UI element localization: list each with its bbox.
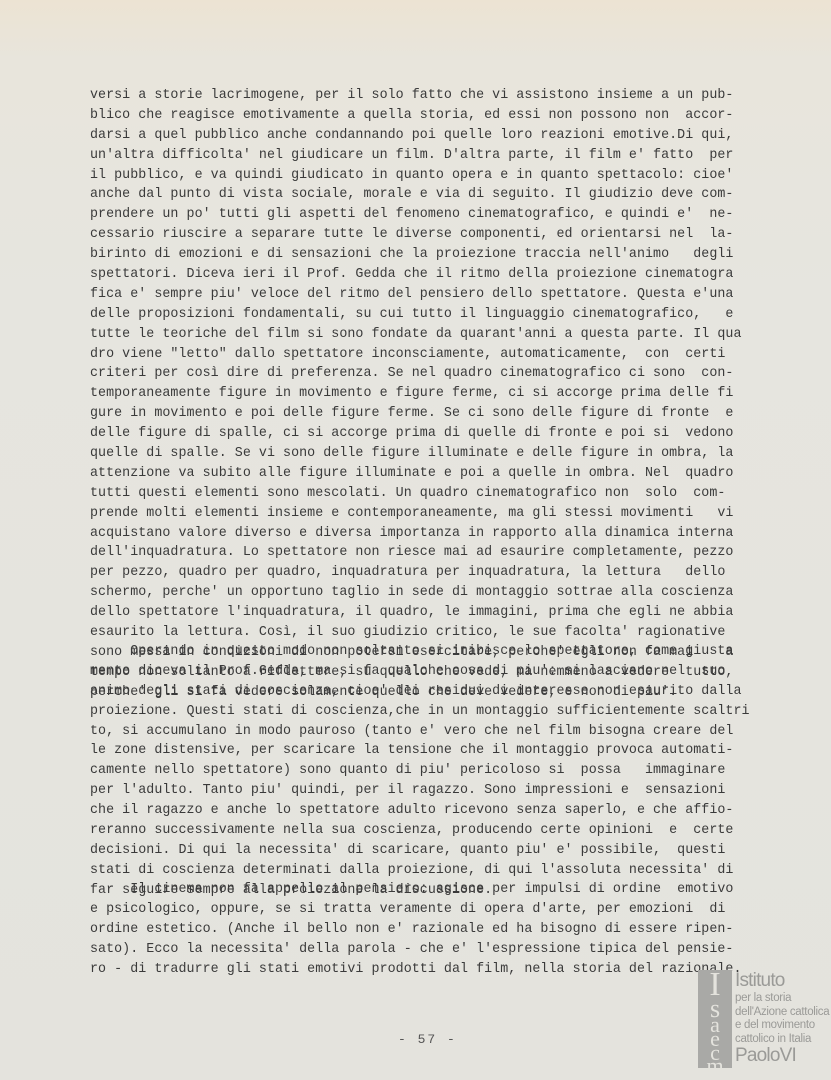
text-line: blico che reagisce emotivamente a quella… (90, 106, 776, 126)
text-line: spettatori. Diceva ieri il Prof. Gedda c… (90, 265, 776, 285)
text-line: reranno successivamente nella sua coscie… (90, 821, 776, 841)
paragraph-1: versi a storie lacrimogene, per il solo … (90, 86, 776, 703)
text-line: il pubblico, e va quindi giudicato in qu… (90, 166, 776, 186)
logo-line: e del movimento (735, 1019, 829, 1033)
text-line: dell'inquadratura. Lo spettatore non rie… (90, 543, 776, 563)
logo-name: PaoloVI (735, 1046, 829, 1066)
text-line: sato). Ecco la necessita' della parola -… (90, 940, 776, 960)
logo-text: Istituto per la storia dell'Azione catto… (735, 970, 829, 1066)
text-line: prendere un po' tutti gli aspetti del fe… (90, 205, 776, 225)
logo-line: cattolico in Italia (735, 1033, 829, 1047)
text-line: decisioni. Di qui la necessita' di scari… (90, 841, 776, 861)
text-line: e psicologico, oppure, se si tratta vera… (90, 900, 776, 920)
text-line: Operando in questo modo non soltanto si … (90, 642, 776, 662)
text-line: cessario riuscire a separare tutte le di… (90, 225, 776, 245)
logo-letter: m (698, 1060, 732, 1072)
text-line: versi a storie lacrimogene, per il solo … (90, 86, 776, 106)
page-number: - 57 - (398, 1032, 457, 1047)
paragraph-2: Operando in questo modo non soltanto si … (90, 642, 776, 901)
text-line: dro viene "letto" dallo spettatore incon… (90, 345, 776, 365)
text-line: attenzione va subito alle figure illumin… (90, 464, 776, 484)
text-line: fica e' sempre piu' veloce del ritmo del… (90, 285, 776, 305)
text-line: prende molti elementi insieme e contempo… (90, 504, 776, 524)
text-line: camente nello spettatore) sono quanto di… (90, 761, 776, 781)
text-line: schermo, perche' un opportuno taglio in … (90, 583, 776, 603)
paragraph-3: Il cinema non fa appello al pensiero: ag… (90, 880, 776, 979)
text-line: un'altra difficolta' nel giudicare un fi… (90, 146, 776, 166)
text-line: per l'adulto. Tanto piu' quindi, per il … (90, 781, 776, 801)
text-line: birinto di emozioni e di sensazioni che … (90, 245, 776, 265)
text-line: che il ragazzo e anche lo spettatore adu… (90, 801, 776, 821)
text-line: tutti questi elementi sono mescolati. Un… (90, 484, 776, 504)
text-line: criteri per così dire di preferenza. Se … (90, 364, 776, 384)
logo-line: per la storia (735, 992, 829, 1006)
text-line: anche dal punto di vista sociale, morale… (90, 185, 776, 205)
text-line: quelle di spalle. Se vi sono delle figur… (90, 444, 776, 464)
scanned-page: versi a storie lacrimogene, per il solo … (0, 0, 831, 1080)
text-line: Il cinema non fa appello al pensiero: ag… (90, 880, 776, 900)
text-line: to, si accumulano in modo pauroso (tanto… (90, 722, 776, 742)
text-line: animo degli stati di coscienza, cioe' de… (90, 682, 776, 702)
text-line: mente diceva il Prof.Gedda, ma si fa qua… (90, 662, 776, 682)
text-line: per pezzo, quadro per quadro, inquadratu… (90, 563, 776, 583)
text-line: delle figure di spalle, ci si accorge pr… (90, 424, 776, 444)
text-line: temporaneamente figure in movimento e fi… (90, 384, 776, 404)
logo-line: dell'Azione cattolica (735, 1006, 829, 1020)
text-line: tutte le teoriche del film si sono fonda… (90, 325, 776, 345)
text-line: ro - di tradurre gli stati emotivi prodo… (90, 960, 776, 980)
text-line: dello spettatore l'inquadratura, il quad… (90, 603, 776, 623)
text-line: stati di coscienza determinati dalla pro… (90, 861, 776, 881)
text-line: gure in movimento e poi delle figure fer… (90, 404, 776, 424)
text-line: darsi a quel pubblico anche condannando … (90, 126, 776, 146)
logo-letter-block: I s a e c m (698, 970, 732, 1068)
text-line: esaurito la lettura. Così, il suo giudiz… (90, 623, 776, 643)
text-line: le zone distensive, per scaricare la ten… (90, 741, 776, 761)
text-line: ordine estetico. (Anche il bello non e' … (90, 920, 776, 940)
text-line: delle proposizioni fondamentali, su cui … (90, 305, 776, 325)
logo-title: Istituto (735, 970, 829, 992)
isacem-logo: I s a e c m Istituto per la storia dell'… (698, 970, 828, 1070)
text-line: proiezione. Questi stati di coscienza,ch… (90, 702, 776, 722)
text-line: acquistano valore diverso e diversa impo… (90, 524, 776, 544)
